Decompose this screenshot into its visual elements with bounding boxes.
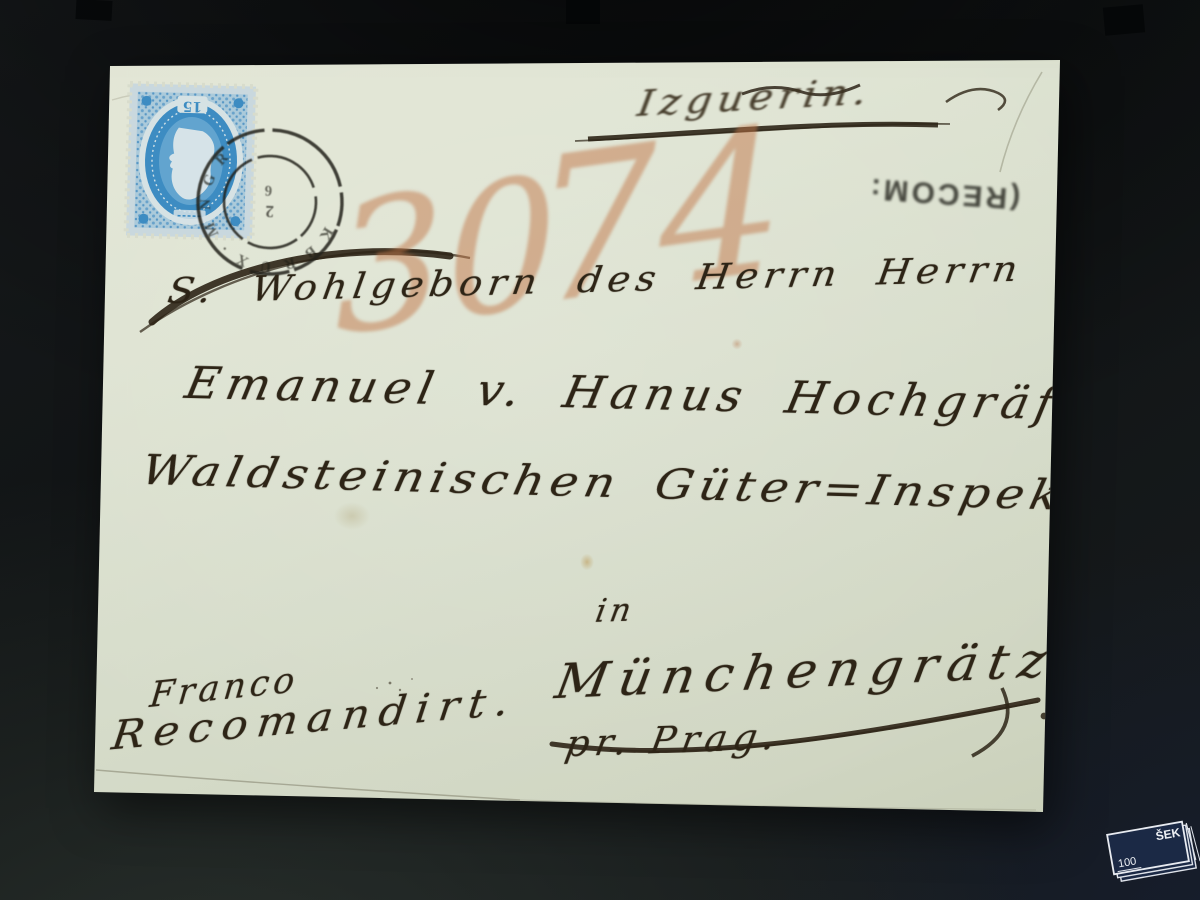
address-line-6: pr. Prag. bbox=[562, 714, 784, 765]
postmark-center-bottom: 6 bbox=[264, 182, 273, 198]
registration-handstamp: (RECOM: bbox=[858, 162, 1029, 224]
stamp-denomination: 15 bbox=[182, 98, 202, 115]
address-line-5: Münchengrätz. bbox=[551, 631, 1086, 710]
envelope-wrapper: 15 K B R U X · M N G R 2 6 Izgueri bbox=[0, 0, 1200, 900]
crayon-number-74: 74 bbox=[530, 83, 788, 350]
address-line-4: in bbox=[593, 591, 639, 631]
crayon-number-30: 30 bbox=[330, 136, 562, 376]
postmark-center-top: 2 bbox=[265, 202, 274, 221]
envelope: 15 K B R U X · M N G R 2 6 Izgueri bbox=[0, 0, 1200, 900]
address-line-2: Emanuel v. Hanus Hochgräflich bbox=[181, 358, 1176, 433]
sek-logo: ŠEK 100 bbox=[1098, 810, 1198, 886]
address-line-3: Waldsteinischen Güter=Inspektor bbox=[137, 446, 1157, 522]
photo-scene: 15 K B R U X · M N G R 2 6 Izgueri bbox=[0, 0, 1200, 900]
